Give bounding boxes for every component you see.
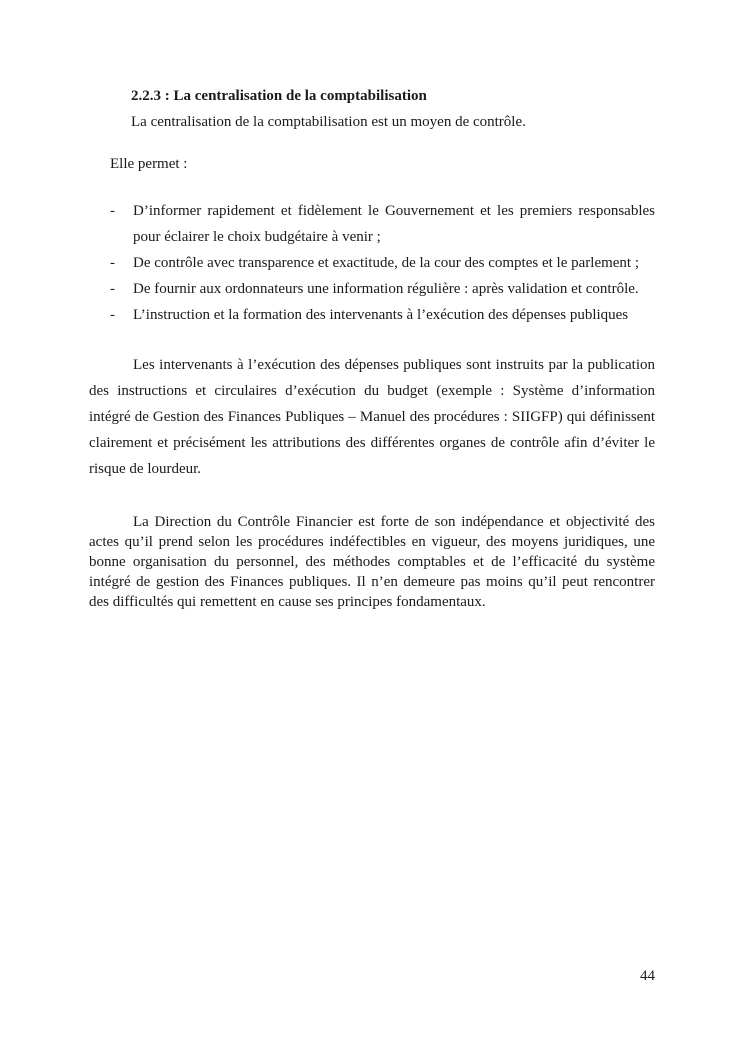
page-number: 44 bbox=[640, 966, 655, 986]
intro-line: Elle permet : bbox=[110, 151, 655, 177]
section-heading: 2.2.3 : La centralisation de la comptabi… bbox=[131, 83, 655, 109]
list-item: -D’informer rapidement et fidèlement le … bbox=[89, 198, 655, 250]
bullet-list: -D’informer rapidement et fidèlement le … bbox=[89, 198, 655, 328]
list-item-text: D’informer rapidement et fidèlement le G… bbox=[133, 203, 655, 245]
dash-marker: - bbox=[110, 198, 115, 224]
dash-marker: - bbox=[110, 250, 115, 276]
body-paragraph: Les intervenants à l’exécution des dépen… bbox=[89, 352, 655, 482]
dash-marker: - bbox=[110, 302, 115, 328]
page-content: 2.2.3 : La centralisation de la comptabi… bbox=[0, 0, 744, 612]
list-item-text: L’instruction et la formation des interv… bbox=[133, 307, 628, 323]
list-item-text: De fournir aux ordonnateurs une informat… bbox=[133, 281, 639, 297]
list-item: -De contrôle avec transparence et exacti… bbox=[89, 250, 655, 276]
section-lead: La centralisation de la comptabilisation… bbox=[131, 109, 655, 135]
dash-marker: - bbox=[110, 276, 115, 302]
list-item-text: De contrôle avec transparence et exactit… bbox=[133, 255, 639, 271]
list-item: -L’instruction et la formation des inter… bbox=[89, 302, 655, 328]
body-paragraph: La Direction du Contrôle Financier est f… bbox=[89, 512, 655, 612]
list-item: -De fournir aux ordonnateurs une informa… bbox=[89, 276, 655, 302]
document-page: 2.2.3 : La centralisation de la comptabi… bbox=[0, 0, 744, 612]
